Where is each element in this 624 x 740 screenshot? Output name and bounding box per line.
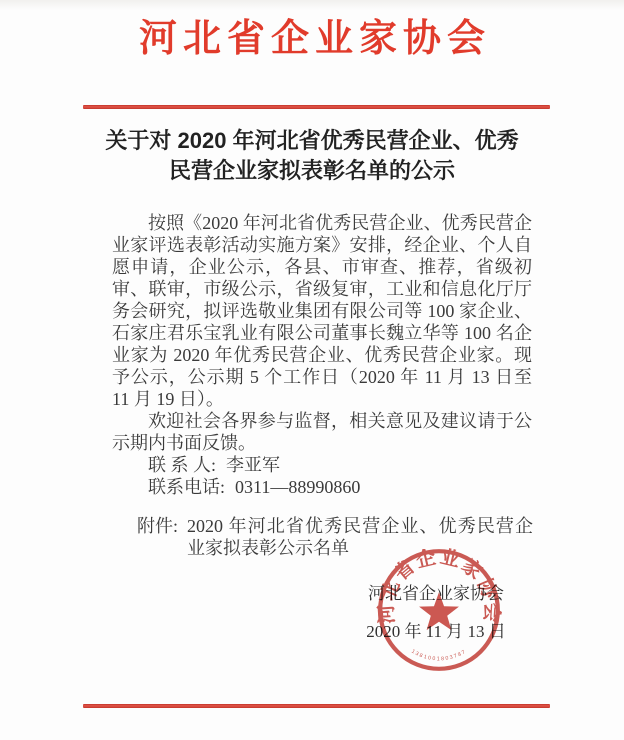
official-seal: 河北省企业家协会 1381001803787	[376, 547, 502, 673]
contact-phone-label: 联系电话:	[148, 477, 225, 497]
attachment-row: 附件: 2020 年河北省优秀民营企业、优秀民营企业家拟表彰公示名单	[137, 515, 537, 559]
contact-phone-row: 联系电话:0311—88990860	[112, 476, 532, 498]
contact-person-label: 联 系 人:	[148, 455, 216, 475]
signature-org: 河北省企业家协会	[350, 579, 522, 604]
seal-ring	[380, 551, 498, 669]
seal-serial-number: 1381001803787	[410, 649, 468, 663]
body-paragraph-2: 欢迎社会各界参与监督，相关意见及建议请于公示期内书面反馈。	[112, 410, 532, 454]
header-divider-rule	[83, 105, 550, 109]
footer-divider-rule	[83, 704, 550, 708]
org-header-title: 河北省企业家协会	[0, 14, 624, 64]
contact-person-name: 李亚军	[226, 455, 280, 475]
contact-person-row: 联 系 人:李亚军	[112, 454, 532, 476]
svg-text:1381001803787: 1381001803787	[410, 649, 468, 663]
attachment-label: 附件:	[137, 515, 178, 559]
attachment-text: 2020 年河北省优秀民营企业、优秀民营企业家拟表彰公示名单	[187, 515, 533, 559]
doc-title-line-2: 民营企业家拟表彰名单的公示	[0, 156, 624, 186]
notice-body: 按照《2020 年河北省优秀民营企业、优秀民营企业家评选表彰活动实施方案》安排，…	[112, 212, 532, 498]
contact-phone-number: 0311—88990860	[235, 477, 360, 497]
doc-title-line-1: 关于对 2020 年河北省优秀民营企业、优秀	[0, 126, 624, 156]
notice-page: 河北省企业家协会 关于对 2020 年河北省优秀民营企业、优秀 民营企业家拟表彰…	[0, 0, 624, 740]
body-paragraph-1: 按照《2020 年河北省优秀民营企业、优秀民营企业家评选表彰活动实施方案》安排，…	[112, 212, 532, 410]
doc-title: 关于对 2020 年河北省优秀民营企业、优秀 民营企业家拟表彰名单的公示	[0, 126, 624, 186]
signature-date: 2020 年 11 月 13 日	[350, 617, 522, 642]
